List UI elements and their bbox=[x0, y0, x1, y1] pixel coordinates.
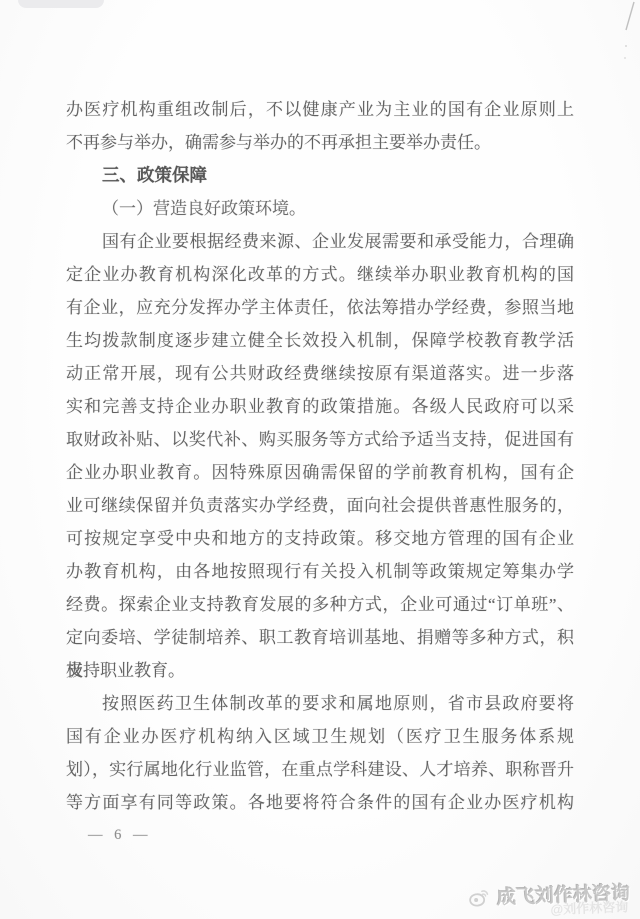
text-line-9: 动正常开展，现有公共财政经费继续按原有渠道落实。进一步落 bbox=[66, 357, 574, 390]
text-line-19: 按照医药卫生体制改革的要求和属地原则，省市县政府要将 bbox=[66, 687, 574, 720]
text-line-14: 可按规定享受中央和地方的支持政策。移交地方管理的国有企业 bbox=[66, 522, 574, 555]
scan-pen-mark bbox=[616, 0, 640, 70]
text-line-16: 经费。探索企业支持教育发展的多种方式，企业可通过“订单班”、 bbox=[66, 588, 574, 621]
text-line-17: 定向委培、学徒制培养、职工教育培训基地、捐赠等多种方式，积极 bbox=[66, 621, 574, 654]
text-line-22: 等方面享有同等政策。各地要将符合条件的国有企业办医疗机构 bbox=[66, 786, 574, 819]
watermark: 成飞刘作林咨询 @刘作林咨询 bbox=[468, 878, 631, 911]
text-line-6: 定企业办教育机构深化改革的方式。继续举办职业教育机构的国 bbox=[66, 258, 574, 291]
section-heading: 三、政策保障 bbox=[66, 159, 574, 192]
weibo-logo-icon bbox=[468, 886, 491, 909]
page-number: — 6 — bbox=[88, 824, 152, 846]
text-line-8: 生均拨款制度逐步建立健全长效投入机制，保障学校教育教学活 bbox=[66, 324, 574, 357]
text-line-10: 实和完善支持企业办职业教育的政策措施。各级人民政府可以采 bbox=[66, 390, 574, 423]
text-line-5: 国有企业要根据经费来源、企业发展需要和承受能力，合理确 bbox=[66, 225, 574, 258]
text-line-20: 国有企业办医疗机构纳入区域卫生规划（医疗卫生服务体系规 bbox=[66, 720, 574, 753]
watermark-ghost-text: @刘作林咨询 bbox=[550, 896, 628, 918]
text-line-12: 企业办职业教育。因特殊原因确需保留的学前教育机构，国有企 bbox=[66, 456, 574, 489]
text-line-11: 取财政补贴、以奖代补、购买服务等方式给予适当支持，促进国有 bbox=[66, 423, 574, 456]
text-line-2: 不再参与举办，确需参与举办的不再承担主要举办责任。 bbox=[66, 126, 574, 159]
scan-artifact-top-left bbox=[18, 0, 104, 8]
section-subheading: （一）营造良好政策环境。 bbox=[66, 192, 574, 225]
text-line-7: 有企业，应充分发挥办学主体责任，依法筹措办学经费，参照当地 bbox=[66, 291, 574, 324]
text-line-21: 划），实行属地化行业监管，在重点学科建设、人才培养、职称晋升 bbox=[66, 753, 574, 786]
text-line-18: 支持职业教育。 bbox=[66, 654, 574, 687]
text-line-1: 办医疗机构重组改制后，不以健康产业为主业的国有企业原则上 bbox=[66, 93, 574, 126]
text-line-13: 业可继续保留并负责落实办学经费，面向社会提供普惠性服务的， bbox=[66, 489, 574, 522]
document-page: 办医疗机构重组改制后，不以健康产业为主业的国有企业原则上不再参与举办，确需参与举… bbox=[0, 0, 640, 919]
text-line-15: 办教育机构，由各地按照现行有关投入机制等政策规定筹集办学 bbox=[66, 555, 574, 588]
document-body: 办医疗机构重组改制后，不以健康产业为主业的国有企业原则上不再参与举办，确需参与举… bbox=[66, 93, 574, 819]
